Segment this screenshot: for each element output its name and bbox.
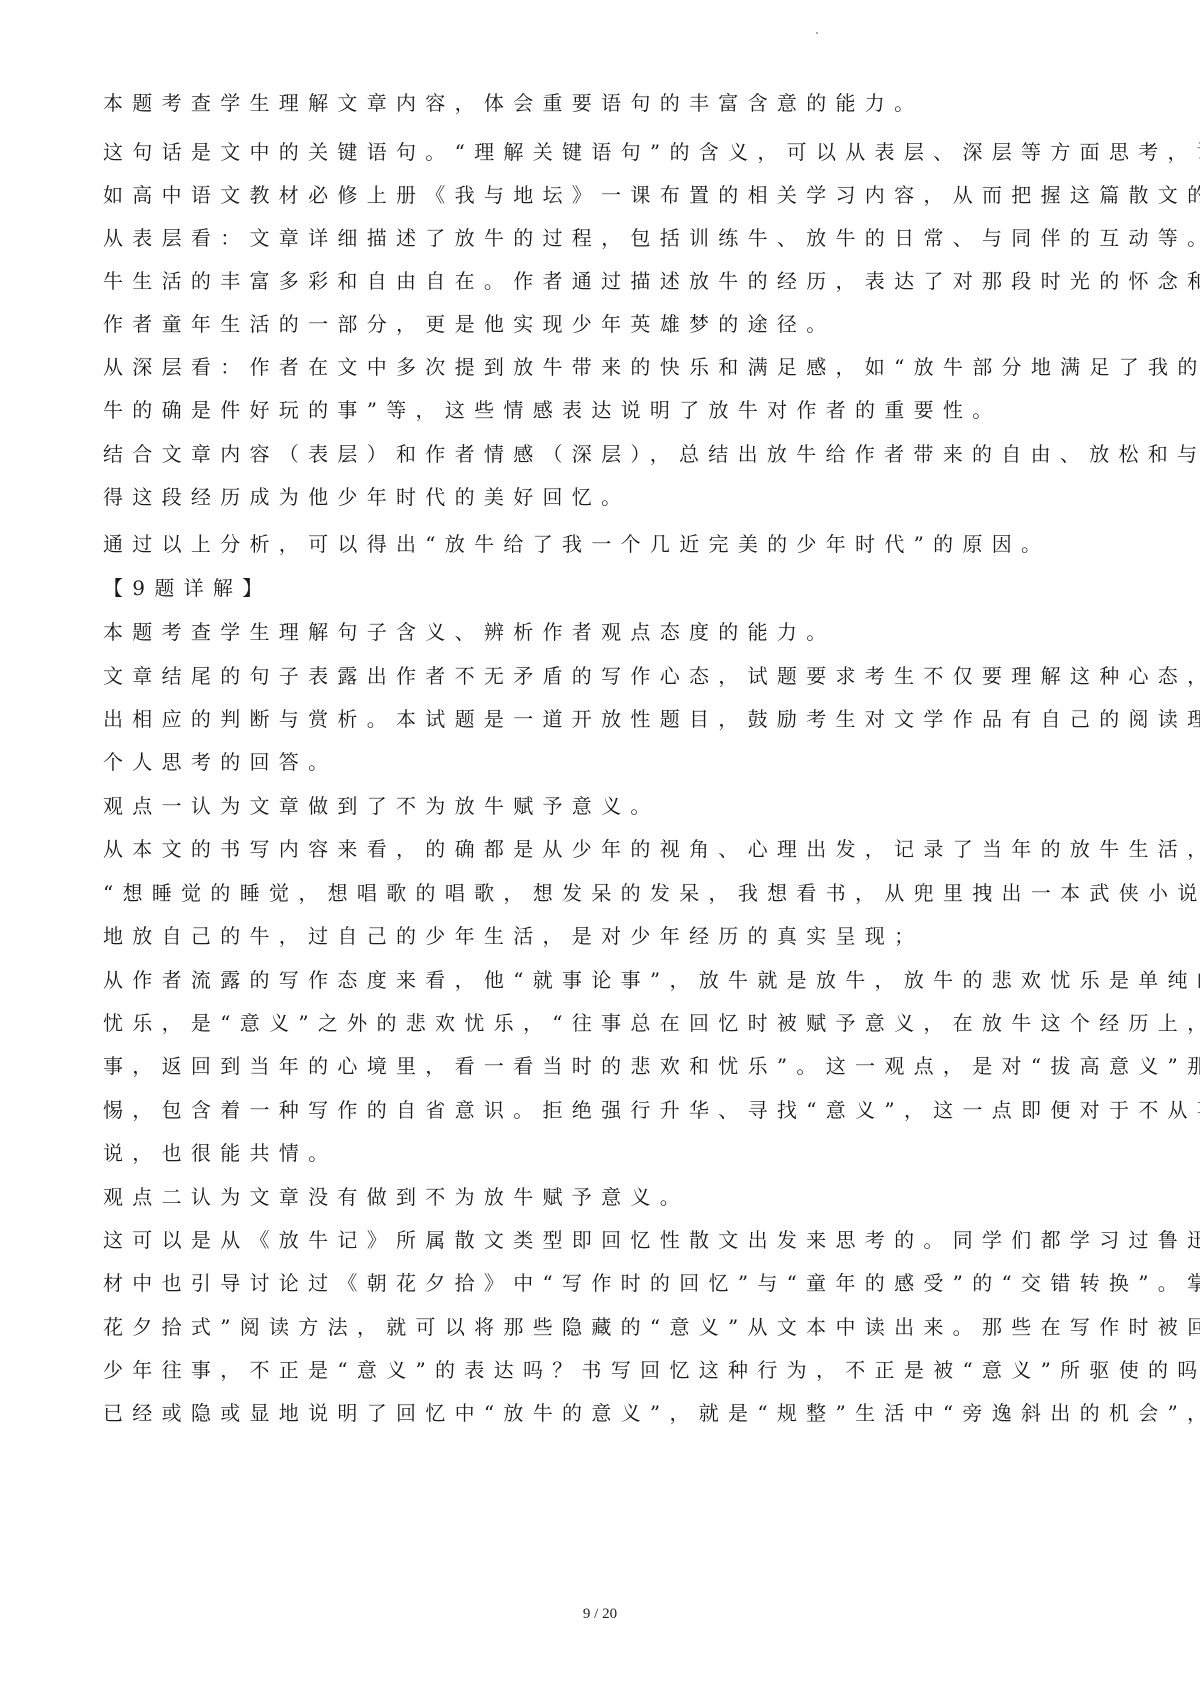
paragraph-line: 从表层看：文章详细描述了放牛的过程，包括训练牛、放牛的日常、与同伴的互动等。这些… bbox=[103, 226, 1200, 250]
paragraph-line: 牛生活的丰富多彩和自由自在。作者通过描述放牛的经历，表达了对那段时光的怀念和珍视… bbox=[103, 269, 1200, 293]
paragraph-line: 本题考查学生理解文章内容，体会重要语句的丰富含意的能力。 bbox=[103, 91, 923, 115]
paragraph-line: 花夕拾式”阅读方法，就可以将那些隐藏的“意义”从文本中读出来。那些在写作时被回忆… bbox=[103, 1315, 1200, 1339]
paragraph-line: 材中也引导讨论过《朝花夕拾》中“写作时的回忆”与“童年的感受”的“交错转换”。掌… bbox=[103, 1271, 1200, 1295]
paragraph-line: 文章结尾的句子表露出作者不无矛盾的写作心态，试题要求考生不仅要理解这种心态，还要… bbox=[103, 664, 1200, 688]
paragraph-line: 从深层看：作者在文中多次提到放牛带来的快乐和满足感，如“放牛部分地满足了我的少年… bbox=[103, 355, 1200, 379]
paragraph-line: 观点二认为文章没有做到不为放牛赋予意义。 bbox=[103, 1185, 689, 1209]
paragraph-line: 观点一认为文章做到了不为放牛赋予意义。 bbox=[103, 794, 660, 818]
paragraph-line: 如高中语文教材必修上册《我与地坛》一课布置的相关学习内容，从而把握这篇散文的神髓… bbox=[103, 183, 1200, 207]
paragraph-line: 从本文的书写内容来看，的确都是从少年的视角、心理出发，记录了当年的放牛生活，有快… bbox=[103, 837, 1200, 861]
paragraph-line: 少年往事，不正是“意义”的表达吗？书写回忆这种行为，不正是被“意义”所驱使的吗？… bbox=[103, 1358, 1200, 1382]
document-page: 本题考查学生理解文章内容，体会重要语句的丰富含意的能力。 这句话是文中的关键语句… bbox=[0, 0, 1200, 1697]
paragraph-line: 从作者流露的写作态度来看，他“就事论事”，放牛就是放牛，放牛的悲欢忧乐是单纯的属… bbox=[103, 968, 1200, 992]
paragraph-line: 通过以上分析，可以得出“放牛给了我一个几近完美的少年时代”的原因。 bbox=[103, 532, 1050, 556]
paragraph-line: 地放自己的牛，过自己的少年生活，是对少年经历的真实呈现； bbox=[103, 924, 923, 948]
scan-speck bbox=[816, 32, 818, 34]
paragraph-line: 本题考查学生理解句子含义、辨析作者观点态度的能力。 bbox=[103, 620, 836, 644]
section-heading: 【9题详解】 bbox=[103, 576, 272, 600]
paragraph-line: 事，返回到当年的心境里，看一看当时的悲欢和忧乐”。这一观点，是对“拔高意义”那种… bbox=[103, 1054, 1200, 1078]
page-number: 9 / 20 bbox=[0, 1606, 1200, 1623]
paragraph-line: 这句话是文中的关键语句。“理解关键语句”的含义，可以从表层、深层等方面思考，调动… bbox=[103, 140, 1200, 164]
paragraph-line: 出相应的判断与赏析。本试题是一道开放性题目，鼓励考生对文学作品有自己的阅读理解，… bbox=[103, 707, 1200, 731]
paragraph-line: 作者童年生活的一部分，更是他实现少年英雄梦的途径。 bbox=[103, 312, 836, 336]
paragraph-line: 这可以是从《放牛记》所属散文类型即回忆性散文出发来思考的。同学们都学习过鲁迅的《… bbox=[103, 1228, 1200, 1252]
paragraph-line: 得这段经历成为他少年时代的美好回忆。 bbox=[103, 485, 630, 509]
paragraph-line: 个人思考的回答。 bbox=[103, 750, 337, 774]
paragraph-line: 惕，包含着一种写作的自省意识。拒绝强行升华、寻找“意义”，这一点即便对于不从事写… bbox=[103, 1098, 1200, 1122]
paragraph-line: 说，也很能共情。 bbox=[103, 1141, 337, 1165]
paragraph-line: 结合文章内容（表层）和作者情感（深层），总结出放牛给作者带来的自由、放松和与自然… bbox=[103, 442, 1200, 466]
paragraph-line: “想睡觉的睡觉，想唱歌的唱歌，想发呆的发呆，我想看书，从兜里拽出一本武侠小说来”… bbox=[103, 881, 1200, 905]
paragraph-line: 牛的确是件好玩的事”等，这些情感表达说明了放牛对作者的重要性。 bbox=[103, 398, 1002, 422]
paragraph-line: 已经或隐或显地说明了回忆中“放牛的意义”，就是“规整”生活中“旁逸斜出的机会”，… bbox=[103, 1401, 1200, 1425]
paragraph-line: 忧乐，是“意义”之外的悲欢忧乐，“往事总在回忆时被赋予意义，在放牛这个经历上，我… bbox=[103, 1011, 1200, 1035]
